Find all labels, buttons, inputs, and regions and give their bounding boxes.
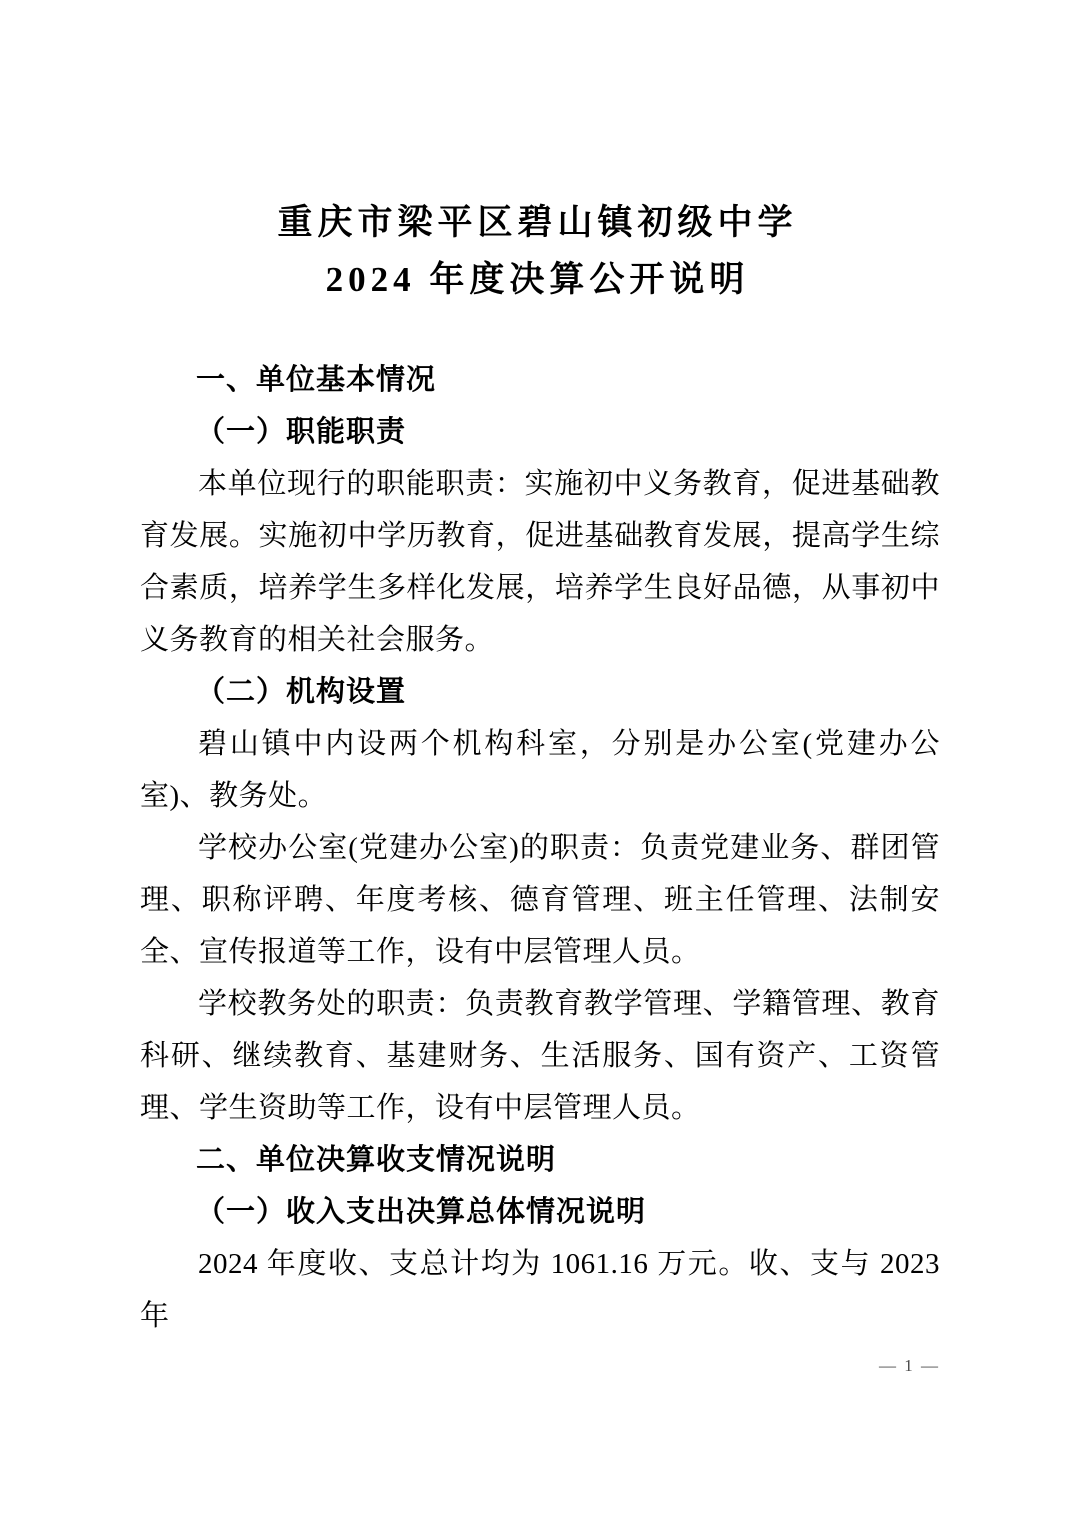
document-body: 一、单位基本情况 （一）职能职责 本单位现行的职能职责：实施初中义务教育，促进基… [140, 354, 940, 1342]
document-title-line-2: 2024 年度决算公开说明 [0, 251, 1075, 308]
subsection-heading-budget-overview: （一）收入支出决算总体情况说明 [140, 1186, 940, 1238]
paragraph-structure-overview: 碧山镇中内设两个机构科室，分别是办公室(党建办公室)、教务处。 [140, 718, 940, 822]
paragraph-office-duties: 学校办公室(党建办公室)的职责：负责党建业务、群团管理、职称评聘、年度考核、德育… [140, 822, 940, 978]
paragraph-functions: 本单位现行的职能职责：实施初中义务教育，促进基础教育发展。实施初中学历教育，促进… [140, 458, 940, 666]
section-heading-basic-info: 一、单位基本情况 [140, 354, 940, 406]
subsection-heading-structure: （二）机构设置 [140, 666, 940, 718]
document-page: 重庆市梁平区碧山镇初级中学 2024 年度决算公开说明 一、单位基本情况 （一）… [0, 0, 1075, 1520]
page-number: — 1 — [879, 1356, 940, 1376]
document-title: 重庆市梁平区碧山镇初级中学 2024 年度决算公开说明 [0, 0, 1075, 308]
paragraph-academic-affairs-duties: 学校教务处的职责：负责教育教学管理、学籍管理、教育科研、继续教育、基建财务、生活… [140, 978, 940, 1134]
section-heading-budget: 二、单位决算收支情况说明 [140, 1134, 940, 1186]
document-title-line-1: 重庆市梁平区碧山镇初级中学 [0, 194, 1075, 251]
subsection-heading-functions: （一）职能职责 [140, 406, 940, 458]
paragraph-budget-overview: 2024 年度收、支总计均为 1061.16 万元。收、支与 2023 年 [140, 1238, 940, 1342]
